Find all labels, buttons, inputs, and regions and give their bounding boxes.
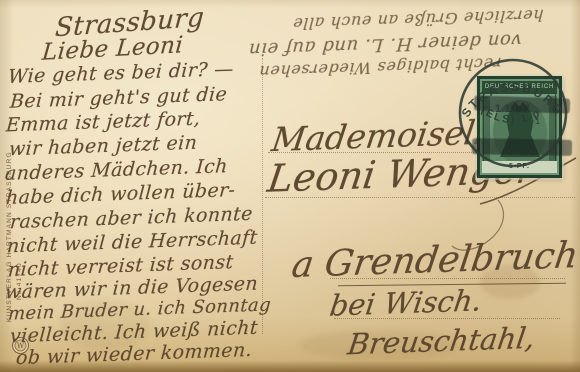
address-valley: Breuschtahl,: [346, 321, 538, 362]
message-line: wir haben jetzt ein: [8, 132, 198, 161]
postcard-back: KUNSTVERLAG HARTMANN STRASSBURG No 41740…: [0, 0, 580, 372]
postage-stamp: DEUTSCHES REICH 5 PF.: [477, 76, 562, 178]
address-district: bei Wisch.: [328, 283, 485, 322]
message-address-divider: [262, 58, 263, 334]
stamp-country-label: DEUTSCHES REICH: [482, 81, 557, 94]
stamp-value-label: 5 PF.: [482, 161, 557, 173]
cancellation-bar: [472, 138, 572, 156]
upside-down-line: von deiner H. L. und auf ein: [199, 28, 570, 62]
